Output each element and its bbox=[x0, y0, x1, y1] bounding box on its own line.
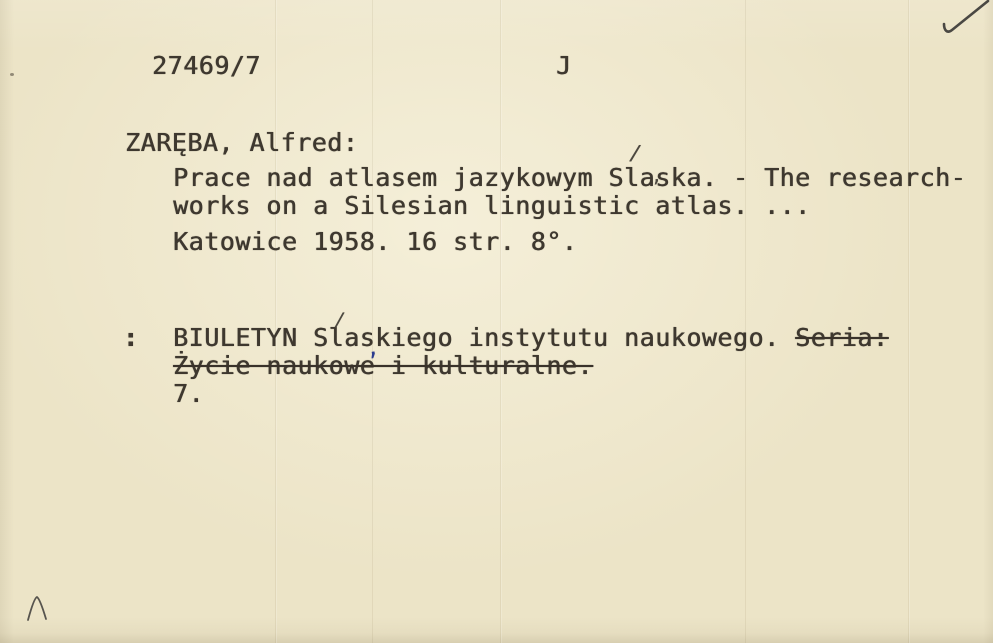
handwritten-acute-accent: / bbox=[628, 142, 643, 164]
series-struck-word: Seria: bbox=[795, 323, 888, 352]
handwritten-caret-mark bbox=[20, 588, 60, 630]
series-struck-line: Życie naukowe i kulturalne. bbox=[173, 351, 593, 380]
paper-crease bbox=[909, 0, 910, 643]
call-number: 27469/7 bbox=[152, 52, 261, 80]
tracing-marker: : bbox=[123, 324, 139, 352]
paper-crease bbox=[745, 0, 746, 643]
handwritten-ogonek-mark: , bbox=[651, 167, 662, 186]
ink-speck bbox=[10, 73, 14, 76]
paper-edge-shade bbox=[0, 0, 14, 643]
author-heading: ZARĘBA, Alfred: bbox=[125, 129, 358, 157]
title-line-2: works on a Silesian linguistic atlas. ..… bbox=[173, 192, 811, 220]
handwritten-blue-comma-mark: , bbox=[365, 337, 381, 361]
paper-crease bbox=[276, 0, 277, 643]
paper-crease bbox=[372, 0, 373, 643]
catalog-card: 27469/7 J ZARĘBA, Alfred: Prace nad atla… bbox=[0, 0, 993, 643]
imprint-line: Katowice 1958. 16 str. 8°. bbox=[173, 228, 577, 256]
handwritten-check-mark bbox=[935, 0, 993, 45]
series-number: 7. bbox=[173, 380, 204, 408]
series-line-2: Życie naukowe i kulturalne. bbox=[173, 352, 593, 380]
title-line-1: Prace nad atlasem jazykowym Slaska. - Th… bbox=[173, 164, 966, 192]
paper-edge-shade bbox=[983, 0, 993, 643]
handwritten-acute-accent: / bbox=[333, 311, 346, 331]
section-letter: J bbox=[556, 52, 572, 80]
paper-crease bbox=[501, 0, 502, 643]
series-title: BIULETYN Slaskiego instytutu naukowego. bbox=[173, 323, 795, 352]
series-line-1: BIULETYN Slaskiego instytutu naukowego. … bbox=[173, 324, 888, 352]
